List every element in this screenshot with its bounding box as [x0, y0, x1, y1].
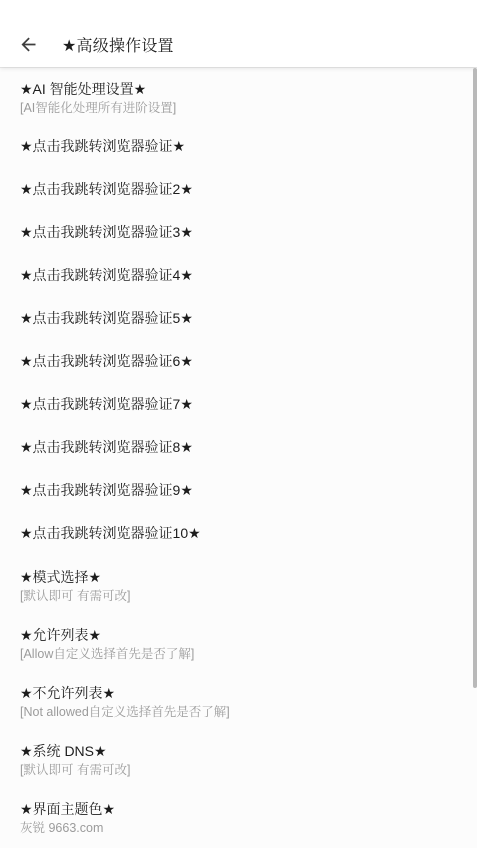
item-title: ★不允许列表★: [20, 684, 457, 703]
item-subtitle: [Not allowed自定义选择首先是否了解]: [20, 704, 457, 721]
item-title: ★点击我跳转浏览器验证7★: [20, 395, 457, 414]
item-subtitle: [Allow自定义选择首先是否了解]: [20, 646, 457, 663]
item-title: ★点击我跳转浏览器验证4★: [20, 266, 457, 285]
settings-list: ★AI 智能处理设置★[AI智能化处理所有进阶设置]★点击我跳转浏览器验证★★点…: [0, 67, 477, 848]
settings-item-15[interactable]: ★系统 DNS★[默认即可 有需可改]: [0, 729, 477, 787]
item-title: ★界面主题色★: [20, 800, 457, 819]
settings-screen: ★高级操作设置 ★AI 智能处理设置★[AI智能化处理所有进阶设置]★点击我跳转…: [0, 0, 477, 848]
item-title: ★点击我跳转浏览器验证5★: [20, 309, 457, 328]
item-title: ★允许列表★: [20, 626, 457, 645]
scrollbar-thumb[interactable]: [473, 68, 477, 688]
settings-item-9[interactable]: ★点击我跳转浏览器验证8★: [0, 426, 477, 469]
item-title: ★点击我跳转浏览器验证8★: [20, 438, 457, 457]
settings-item-6[interactable]: ★点击我跳转浏览器验证5★: [0, 297, 477, 340]
item-subtitle: [默认即可 有需可改]: [20, 762, 457, 779]
settings-item-10[interactable]: ★点击我跳转浏览器验证9★: [0, 469, 477, 512]
settings-item-2[interactable]: ★点击我跳转浏览器验证★: [0, 125, 477, 168]
settings-item-8[interactable]: ★点击我跳转浏览器验证7★: [0, 383, 477, 426]
settings-item-1[interactable]: ★AI 智能处理设置★[AI智能化处理所有进阶设置]: [0, 67, 477, 125]
settings-item-11[interactable]: ★点击我跳转浏览器验证10★: [0, 512, 477, 555]
item-title: ★点击我跳转浏览器验证3★: [20, 223, 457, 242]
settings-item-7[interactable]: ★点击我跳转浏览器验证6★: [0, 340, 477, 383]
settings-item-14[interactable]: ★不允许列表★[Not allowed自定义选择首先是否了解]: [0, 671, 477, 729]
item-title: ★模式选择★: [20, 568, 457, 587]
item-title: ★点击我跳转浏览器验证★: [20, 137, 457, 156]
settings-item-16[interactable]: ★界面主题色★灰锐 9663.com: [0, 787, 477, 845]
item-title: ★点击我跳转浏览器验证6★: [20, 352, 457, 371]
page-title: ★高级操作设置: [62, 33, 174, 56]
item-title: ★点击我跳转浏览器验证10★: [20, 524, 457, 543]
settings-item-13[interactable]: ★允许列表★[Allow自定义选择首先是否了解]: [0, 613, 477, 671]
settings-item-5[interactable]: ★点击我跳转浏览器验证4★: [0, 254, 477, 297]
item-subtitle: [AI智能化处理所有进阶设置]: [20, 100, 457, 117]
item-subtitle: [默认即可 有需可改]: [20, 588, 457, 605]
settings-item-12[interactable]: ★模式选择★[默认即可 有需可改]: [0, 555, 477, 613]
settings-item-3[interactable]: ★点击我跳转浏览器验证2★: [0, 168, 477, 211]
back-button[interactable]: [8, 25, 48, 65]
back-arrow-icon: [18, 34, 39, 55]
item-title: ★AI 智能处理设置★: [20, 80, 457, 99]
item-subtitle: 灰锐 9663.com: [20, 820, 457, 837]
item-title: ★系统 DNS★: [20, 742, 457, 761]
app-bar: ★高级操作设置: [0, 0, 477, 67]
settings-item-4[interactable]: ★点击我跳转浏览器验证3★: [0, 211, 477, 254]
item-title: ★点击我跳转浏览器验证9★: [20, 481, 457, 500]
item-title: ★点击我跳转浏览器验证2★: [20, 180, 457, 199]
